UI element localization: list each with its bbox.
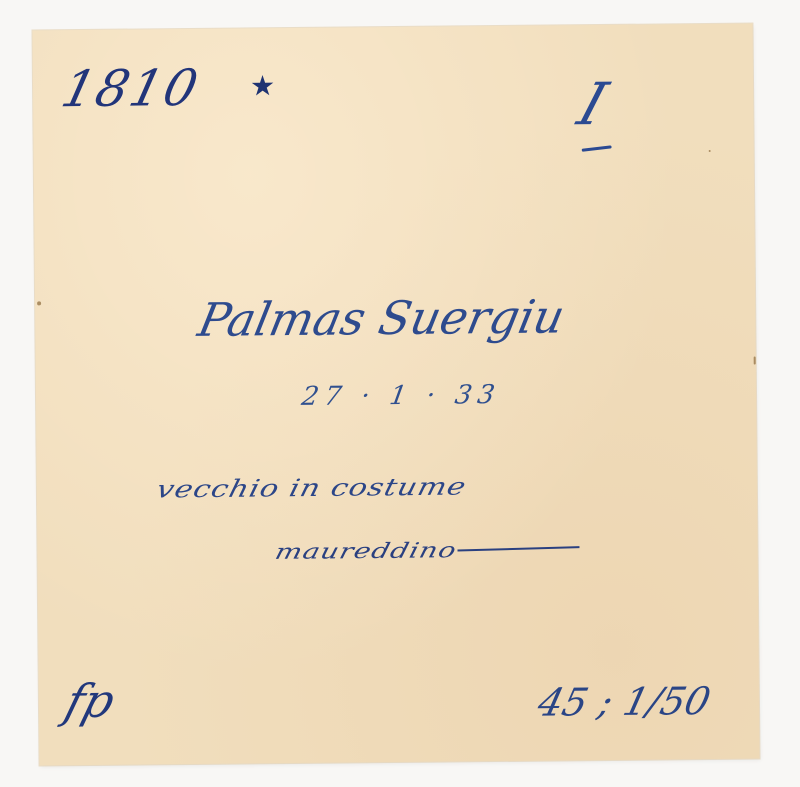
scanned-document: 1810 ★ I Palmas Suergiu 27 · 1 · 33 vecc… [0, 0, 800, 787]
place-name: Palmas Suergiu [195, 293, 569, 343]
photographer-initials: fp [61, 678, 120, 725]
description-underline [457, 546, 579, 551]
star-icon: ★ [250, 72, 275, 100]
paper-stain [37, 301, 41, 305]
catalog-number: 1810 [57, 63, 204, 114]
series-mark: I [572, 75, 613, 133]
paper-edge-mark [754, 357, 756, 365]
description-line-1: vecchio in costume [154, 475, 469, 502]
exposure-settings: 45 ; 1/50 [534, 682, 714, 722]
date: 27 · 1 · 33 [300, 382, 503, 410]
paper-label-card: 1810 ★ I Palmas Suergiu 27 · 1 · 33 vecc… [32, 24, 759, 766]
paper-speck [709, 150, 711, 152]
description-line-2: maureddino [273, 540, 459, 563]
series-mark-underline [582, 145, 612, 151]
